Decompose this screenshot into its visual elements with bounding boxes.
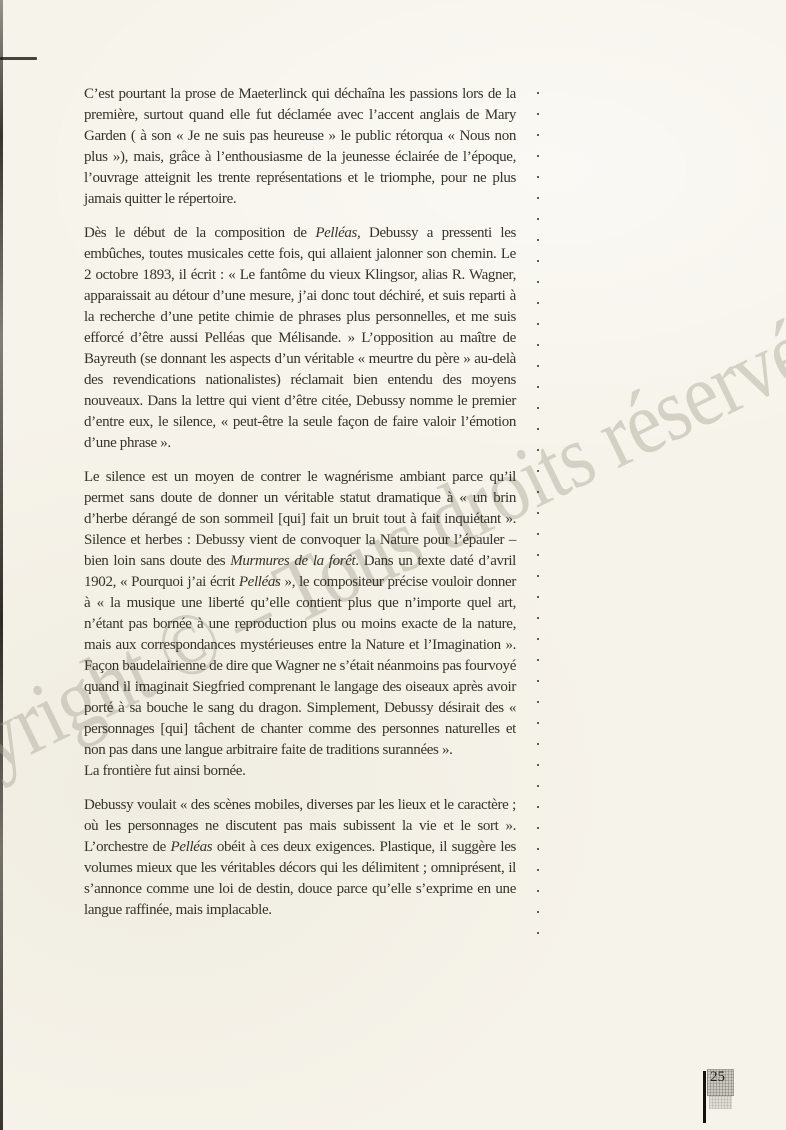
paragraph: Le silence est un moyen de contrer le wa…: [84, 467, 516, 761]
paragraph: Dès le début de la composition de Pelléa…: [84, 223, 516, 454]
footer-rule: [703, 1071, 706, 1123]
paragraph: C’est pourtant la prose de Maeterlinck q…: [84, 84, 516, 210]
paragraph: La frontière fut ainsi bornée.: [84, 761, 516, 782]
scan-edge-artifact: [0, 0, 3, 1130]
page-number-badge: 25: [707, 1069, 734, 1096]
scanned-book-page: copyright © – Tous droits réservés C’est…: [0, 0, 786, 1130]
page-number: 25: [710, 1069, 725, 1086]
dotted-margin-rule: [537, 92, 539, 952]
scan-speck: [0, 57, 37, 60]
body-text: C’est pourtant la prose de Maeterlinck q…: [84, 84, 516, 921]
paragraph: Debussy voulait « des scènes mobiles, di…: [84, 795, 516, 921]
